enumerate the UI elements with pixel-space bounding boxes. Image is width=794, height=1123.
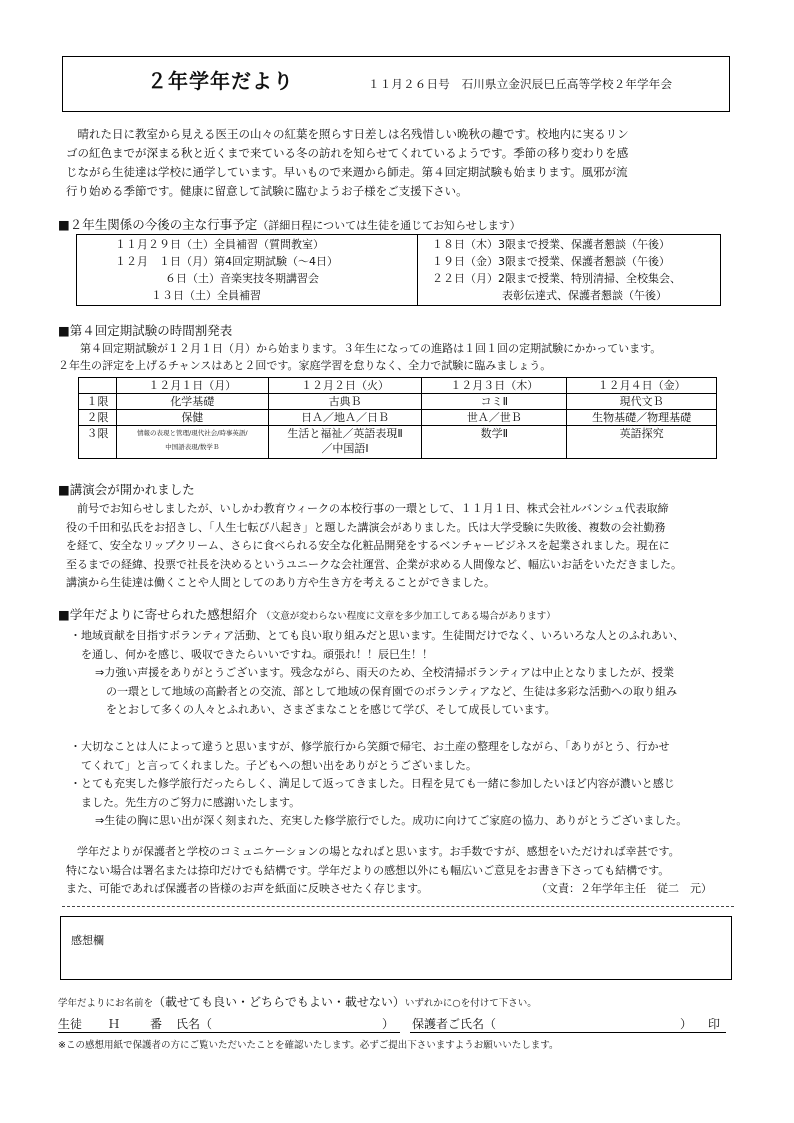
exam-heading: ■第４回定期試験の時間割発表 [58, 325, 232, 338]
lecture-line: 前号でお知らせしましたが、いしかわ教育ウィークの本校行事の一環として、１１月１日… [66, 500, 682, 519]
reply-line: をとおして多くの人々とふれあい、さまざまなことを感じて学び、そして成長しています… [95, 701, 677, 720]
schedule-heading: ■２年生関係の今後の主な行事予定（詳細日程については生徒を通じてお知らせします） [58, 219, 521, 232]
exam-intro-line: 第４回定期試験が１２月１日（月）から始まります。３年生になっての進路は１回１回の… [58, 340, 661, 357]
schedule-left-item: １２月 １日（月）第4回定期試験（～4日） [115, 256, 338, 267]
consent-line: 学年だよりにお名前を（載せても良い・どちらでもよい・載せない）いずれかに○を付け… [58, 996, 537, 1009]
schedule-right-item: 表彰伝達式、保護者懇談（午後） [502, 290, 667, 301]
newsletter-title: ２年学年だより [147, 72, 294, 92]
subject-cell: 情報の表現と管理/現代社会/時事英語/ 中国語表現/数学Ｂ [116, 426, 268, 459]
comment-field[interactable]: 感想欄 [60, 916, 732, 980]
subject-line: 情報の表現と管理/現代社会/時事英語/ [117, 426, 268, 440]
schedule-heading-note: （詳細日程については生徒を通じてお知らせします） [257, 219, 520, 232]
cut-line [62, 906, 734, 907]
table-header-cell [79, 378, 117, 394]
footnote: ※この感想用紙で保護者の方にご覧いただいたことを確認いたします。必ずご提出下さい… [58, 1041, 558, 1051]
consent-suffix: いずれかに○を付けて下さい。 [405, 998, 537, 1009]
period-cell: ２限 [79, 410, 117, 426]
subject-cell: 古典Ｂ [268, 394, 422, 410]
reply-line: の一環として地域の高齢者との交流、部として地域の保育園でのボランティアなど、生徒… [95, 683, 677, 702]
period-cell: ３限 [79, 426, 117, 459]
table-header-cell: １２月４日（金） [567, 378, 717, 394]
subject-line: ／中国語Ⅰ [269, 441, 422, 456]
schedule-divider [417, 235, 418, 305]
table-header-cell: １２月２日（火） [268, 378, 422, 394]
table-row: １限 化学基礎 古典Ｂ コミⅡ 現代文Ｂ [79, 394, 717, 410]
period-cell: １限 [79, 394, 117, 410]
table-row: ２限 保健 日Ａ／地Ａ／日Ｂ 世Ａ／世Ｂ 生物基礎／物理基礎 [79, 410, 717, 426]
feedback-line: てくれて」と言ってくれました。子どもへの想い出をありがとうございました。 [70, 757, 675, 776]
table-header-cell: １２月３日（木） [422, 378, 567, 394]
feedback-reply-2: ⇒生徒の胸に思い出が深く刻まれた、充実した修学旅行でした。成功に向けてご家庭の協… [95, 812, 687, 831]
schedule-right-item: ２２日（月）2限まで授業、特別清掃、全校集会、 [432, 273, 681, 284]
feedback-line: ・地域貢献を目指すボランティア活動、とても良い取り組みだと思います。生徒間だけで… [70, 627, 684, 646]
guardian-label: 保護者ご氏名（ [412, 1018, 496, 1030]
issue-info: １１月２６日号 石川県立金沢辰巳丘高等学校２年学年会 [368, 79, 672, 91]
closing-line: 特にない場合は署名または捺印だけでも結構です。学年だよりの感想以外にも幅広いご意… [66, 862, 680, 881]
guardian-close-paren: ） [680, 1018, 692, 1030]
schedule-heading-title: ■２年生関係の今後の主な行事予定 [58, 217, 257, 232]
schedule-right-item: １９日（金）3限まで授業、保護者懇談（午後） [432, 256, 670, 267]
guardian-name-field[interactable] [410, 1032, 726, 1033]
table-header-row: １２月１日（月） １２月２日（火） １２月３日（木） １２月４日（金） [79, 378, 717, 394]
title-box: ２年学年だより １１月２６日号 石川県立金沢辰巳丘高等学校２年学年会 [62, 56, 730, 112]
subject-cell: 数学Ⅱ [422, 426, 567, 459]
schedule-right-item: １８日（木）3限まで授業、保護者懇談（午後） [432, 239, 670, 250]
exam-intro-line: ２年生の評定を上げるチャンスはあと２回です。家庭学習を怠りなく、全力で試験に臨み… [58, 357, 661, 374]
table-header-cell: １２月１日（月） [116, 378, 268, 394]
closing-line: 学年だよりが保護者と学校のコミュニケーションの場となればと思います。お手数ですが… [66, 843, 680, 862]
schedule-left-item: ６日（土）音楽実技冬期講習会 [165, 273, 319, 284]
number-label: 番 [150, 1018, 162, 1030]
subject-cell: 生活と福祉／英語表現Ⅱ ／中国語Ⅰ [268, 426, 422, 459]
feedback-line: ました。先生方のご努力に感謝いたします。 [70, 794, 675, 813]
reply-line: ⇒力強い声援をありがとうございます。残念ながら、雨天のため、全校清掃ボランティア… [95, 664, 677, 683]
intro-line: 行り始める季節です。健康に留意して試験に臨むようお子様をご支援下さい。 [66, 182, 629, 201]
lecture-line: 至るまでの経緯、投票で社長を決めるというユニークな会社運営、企業が求める人間像な… [66, 556, 682, 575]
schedule-left-item: １１月２９日（土）全員補習（質問教室） [115, 239, 324, 250]
subject-cell: 生物基礎／物理基礎 [567, 410, 717, 426]
student-name-field[interactable] [58, 1032, 400, 1033]
subject-cell: 保健 [116, 410, 268, 426]
feedback-line: ・とても充実した修学旅行だったらしく、満足して返ってきました。日程を見ても一緒に… [70, 775, 675, 794]
feedback-heading-title: ■学年だよりに寄せられた感想紹介 [58, 607, 257, 622]
consent-options[interactable]: （載せても良い・どちらでもよい・載せない） [153, 995, 405, 1009]
intro-line: 晴れた日に教室から見える医王の山々の紅葉を照らす日差しは名残惜しい晩秋の趣です。… [66, 125, 629, 144]
feedback-heading-note: （文意が変わらない程度に文章を多少加工してある場合があります） [261, 611, 556, 622]
subject-cell: 英語探究 [567, 426, 717, 459]
table-row: ３限 情報の表現と管理/現代社会/時事英語/ 中国語表現/数学Ｂ 生活と福祉／英… [79, 426, 717, 459]
schedule-box: １１月２９日（土）全員補習（質問教室） １２月 １日（月）第4回定期試験（～4日… [76, 234, 721, 306]
subject-line: 生活と福祉／英語表現Ⅱ [269, 426, 422, 441]
homeroom-label: Ｈ [108, 1018, 120, 1030]
exam-intro: 第４回定期試験が１２月１日（月）から始まります。３年生になっての進路は１回１回の… [58, 340, 661, 374]
subject-cell: 化学基礎 [116, 394, 268, 410]
feedback-comment-1: ・地域貢献を目指すボランティア活動、とても良い取り組みだと思います。生徒間だけで… [70, 627, 684, 664]
feedback-comment-2: ・大切なことは人によって違うと思いますが、修学旅行から笑顔で帰宅、お土産の整理を… [70, 738, 675, 812]
author-signature: （文責：２年学年主任 従二 元） [536, 880, 712, 899]
intro-line: じながら生徒達は学校に通学しています。早いもので来週から師走。第４回定期試験も始… [66, 163, 629, 182]
lecture-line: 講演から生徒達は働くことや人間としてのあり方や生き方を考えることができました。 [66, 574, 682, 593]
name-label: 氏名（ [176, 1018, 212, 1030]
consent-prefix: 学年だよりにお名前を [58, 998, 153, 1009]
seal-label: 印 [708, 1018, 720, 1030]
subject-cell: 世Ａ／世Ｂ [422, 410, 567, 426]
intro-paragraph: 晴れた日に教室から見える医王の山々の紅葉を照らす日差しは名残惜しい晩秋の趣です。… [66, 125, 629, 201]
subject-cell: コミⅡ [422, 394, 567, 410]
subject-line: 中国語表現/数学Ｂ [117, 440, 268, 454]
feedback-line: を通し、何かを感じ、吸収できたらいいですね。頑張れ！！辰巳生！！ [70, 646, 684, 665]
schedule-left-item: １３日（土）全員補習 [151, 290, 261, 301]
student-label: 生徒 [58, 1018, 82, 1030]
comment-field-label: 感想欄 [71, 935, 104, 946]
subject-cell: 現代文Ｂ [567, 394, 717, 410]
lecture-line: 役の千田和弘氏をお招きし、「人生七転び八起き」と題した講演会がありました。氏は大… [66, 519, 682, 538]
feedback-heading: ■学年だよりに寄せられた感想紹介 （文意が変わらない程度に文章を多少加工してある… [58, 609, 556, 622]
lecture-heading: ■講演会が開かれました [58, 484, 195, 497]
lecture-line: を経て、安全なリップクリーム、さらに食べられる安全な化粧品開発をするベンチャービ… [66, 537, 682, 556]
feedback-line: ・大切なことは人によって違うと思いますが、修学旅行から笑顔で帰宅、お土産の整理を… [70, 738, 675, 757]
feedback-reply-1: ⇒力強い声援をありがとうございます。残念ながら、雨天のため、全校清掃ボランティア… [95, 664, 677, 720]
exam-timetable: １２月１日（月） １２月２日（火） １２月３日（木） １２月４日（金） １限 化… [78, 377, 717, 459]
name-close-paren: ） [382, 1018, 394, 1030]
intro-line: ゴの紅色までが深まる秋と近くまで来ている冬の訪れを知らせてくれているようです。季… [66, 144, 629, 163]
subject-cell: 日Ａ／地Ａ／日Ｂ [268, 410, 422, 426]
lecture-paragraph: 前号でお知らせしましたが、いしかわ教育ウィークの本校行事の一環として、１１月１日… [66, 500, 682, 593]
